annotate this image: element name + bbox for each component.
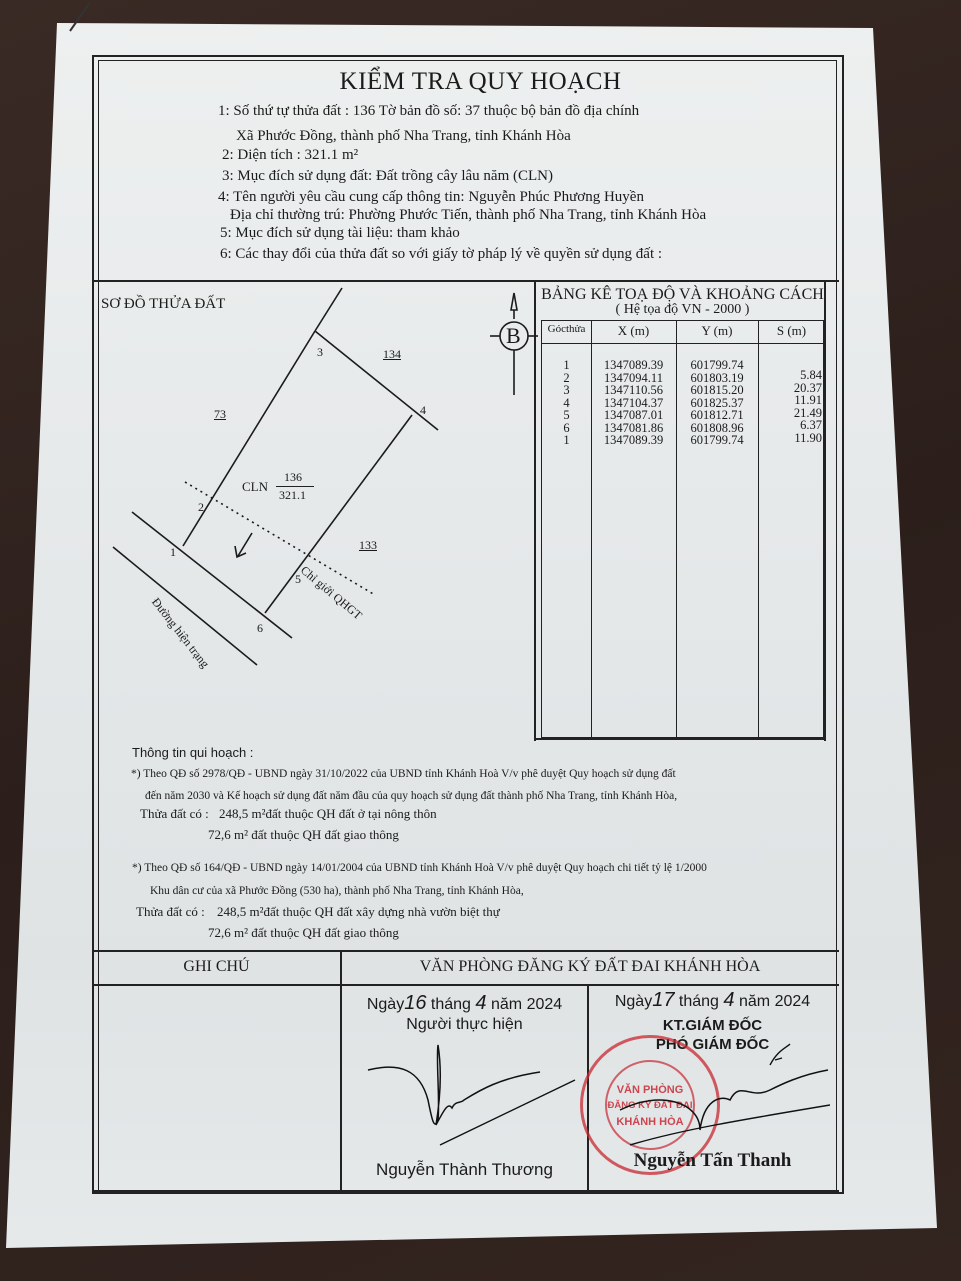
header-y: Y (m)	[676, 323, 758, 339]
date-label: Ngày	[615, 993, 652, 1010]
planning-q2-line1: *) Theo QĐ số 164/QĐ - UBND ngày 14/01/2…	[132, 862, 707, 874]
right-date: Ngày17 tháng 4 năm 2024	[590, 989, 835, 1012]
cell-x: 1347089.39	[591, 434, 676, 447]
header-s: S (m)	[758, 323, 825, 339]
point-2: 2	[198, 500, 204, 515]
cell-x: 1347087.01	[591, 409, 676, 422]
cell-y: 601799.74	[676, 434, 758, 447]
header-x: X (m)	[591, 323, 676, 339]
point-1: 1	[170, 545, 176, 560]
land-use-code: CLN	[242, 479, 268, 495]
planning-q1-line2: đến năm 2030 và Kế hoạch sử dụng đất năm…	[145, 790, 677, 802]
planning-q1-area1: 248,5 m²đất thuộc QH đất ở tại nông thôn	[219, 806, 437, 822]
cell-distance: 11.91	[756, 394, 822, 407]
table-right-border	[824, 281, 826, 741]
planning-q2-area2: 72,6 m² đất thuộc QH đất giao thông	[208, 925, 399, 941]
cell-corner: 1	[542, 359, 591, 372]
point-6: 6	[257, 621, 263, 636]
divider	[93, 1190, 839, 1192]
coord-table-subtitle: ( Hệ tọa độ VN - 2000 )	[541, 302, 824, 318]
cell-distance: 11.90	[756, 432, 822, 445]
info-parcel-number: 1: Số thứ tự thửa đất : 136 Tờ bản đồ số…	[218, 103, 639, 120]
planning-heading: Thông tin qui hoạch :	[132, 745, 253, 760]
coordinate-table: Gócthửa X (m) Y (m) S (m) 11347089.39601…	[541, 320, 824, 738]
distance-values: 5.8420.3711.9121.496.3711.90	[756, 369, 822, 444]
cell-distance: 5.84	[756, 369, 822, 382]
left-date: Ngày16 tháng 4 năm 2024	[342, 992, 587, 1015]
info-changes: 6: Các thay đổi của thửa đất so với giấy…	[220, 246, 662, 263]
info-area: 2: Diện tích : 321.1 m²	[222, 147, 358, 164]
left-role: Người thực hiện	[342, 1016, 587, 1034]
date-label: năm	[491, 996, 522, 1013]
divider	[93, 984, 839, 986]
info-requester: 4: Tên người yêu cầu cung cấp thông tin:…	[218, 189, 644, 206]
point-3: 3	[317, 345, 323, 360]
cell-corner: 3	[542, 384, 591, 397]
date-label: tháng	[679, 993, 719, 1010]
date-month: 4	[475, 992, 486, 1014]
header-corner: Gócthửa	[542, 323, 591, 335]
cell-y: 601815.20	[676, 384, 758, 397]
parcel-number-label: 136	[284, 470, 302, 485]
office-name: VĂN PHÒNG ĐĂNG KÝ ĐẤT ĐAI KHÁNH HÒA	[340, 958, 840, 976]
date-day: 16	[404, 992, 426, 1014]
cell-y: 601799.74	[676, 359, 758, 372]
info-land-use: 3: Mục đích sử dụng đất: Đất trồng cây l…	[222, 168, 553, 185]
planning-q1-line1: *) Theo QĐ số 2978/QĐ - UBND ngày 31/10/…	[131, 768, 676, 780]
info-commune: Xã Phước Đồng, thành phố Nha Trang, tỉnh…	[236, 128, 571, 145]
date-label: Ngày	[367, 996, 404, 1013]
parcel-area-label: 321.1	[279, 488, 306, 503]
cell-x: 1347089.39	[591, 359, 676, 372]
date-label: tháng	[431, 996, 471, 1013]
neighbor-73: 73	[214, 407, 226, 422]
right-signer-name: Nguyễn Tấn Thanh	[590, 1150, 835, 1172]
planning-q1-label: Thửa đất có :	[140, 806, 209, 822]
info-address: Địa chỉ thường trú: Phường Phước Tiến, t…	[230, 207, 706, 224]
cell-corner: 1	[542, 434, 591, 447]
planning-q2-line2: Khu dân cư của xã Phước Đồng (530 ha), t…	[150, 885, 524, 897]
divider-vertical	[340, 950, 342, 1190]
notes-label: GHI CHÚ	[93, 958, 340, 976]
date-year: 2024	[775, 993, 811, 1010]
date-year: 2024	[527, 996, 563, 1013]
planning-q1-area2: 72,6 m² đất thuộc QH đất giao thông	[208, 827, 399, 843]
left-signer-name: Nguyễn Thành Thương	[342, 1160, 587, 1180]
point-4: 4	[420, 403, 426, 418]
parcel-diagram	[90, 280, 535, 700]
document-title: KIỂM TRA QUY HOẠCH	[0, 68, 961, 96]
date-month: 4	[723, 989, 734, 1011]
info-purpose: 5: Mục đích sử dụng tài liệu: tham khảo	[220, 225, 460, 242]
divider	[535, 738, 825, 740]
cell-corner: 5	[542, 409, 591, 422]
planning-q2-label: Thửa đất có :	[136, 904, 205, 920]
date-day: 17	[652, 989, 674, 1011]
cell-distance: 6.37	[756, 419, 822, 432]
neighbor-134: 134	[383, 347, 401, 362]
planning-q2-area1: 248,5 m²đất thuộc QH đất xây dựng nhà vư…	[217, 904, 500, 920]
signature-right	[600, 1040, 830, 1150]
date-label: năm	[739, 993, 770, 1010]
right-role-1: KT.GIÁM ĐỐC	[590, 1017, 835, 1034]
fraction-bar	[276, 486, 314, 487]
divider	[93, 950, 839, 952]
cell-y: 601812.71	[676, 409, 758, 422]
cell-x: 1347110.56	[591, 384, 676, 397]
signature-left	[360, 1040, 580, 1150]
compass-label: B	[506, 323, 521, 349]
neighbor-133: 133	[359, 538, 377, 553]
